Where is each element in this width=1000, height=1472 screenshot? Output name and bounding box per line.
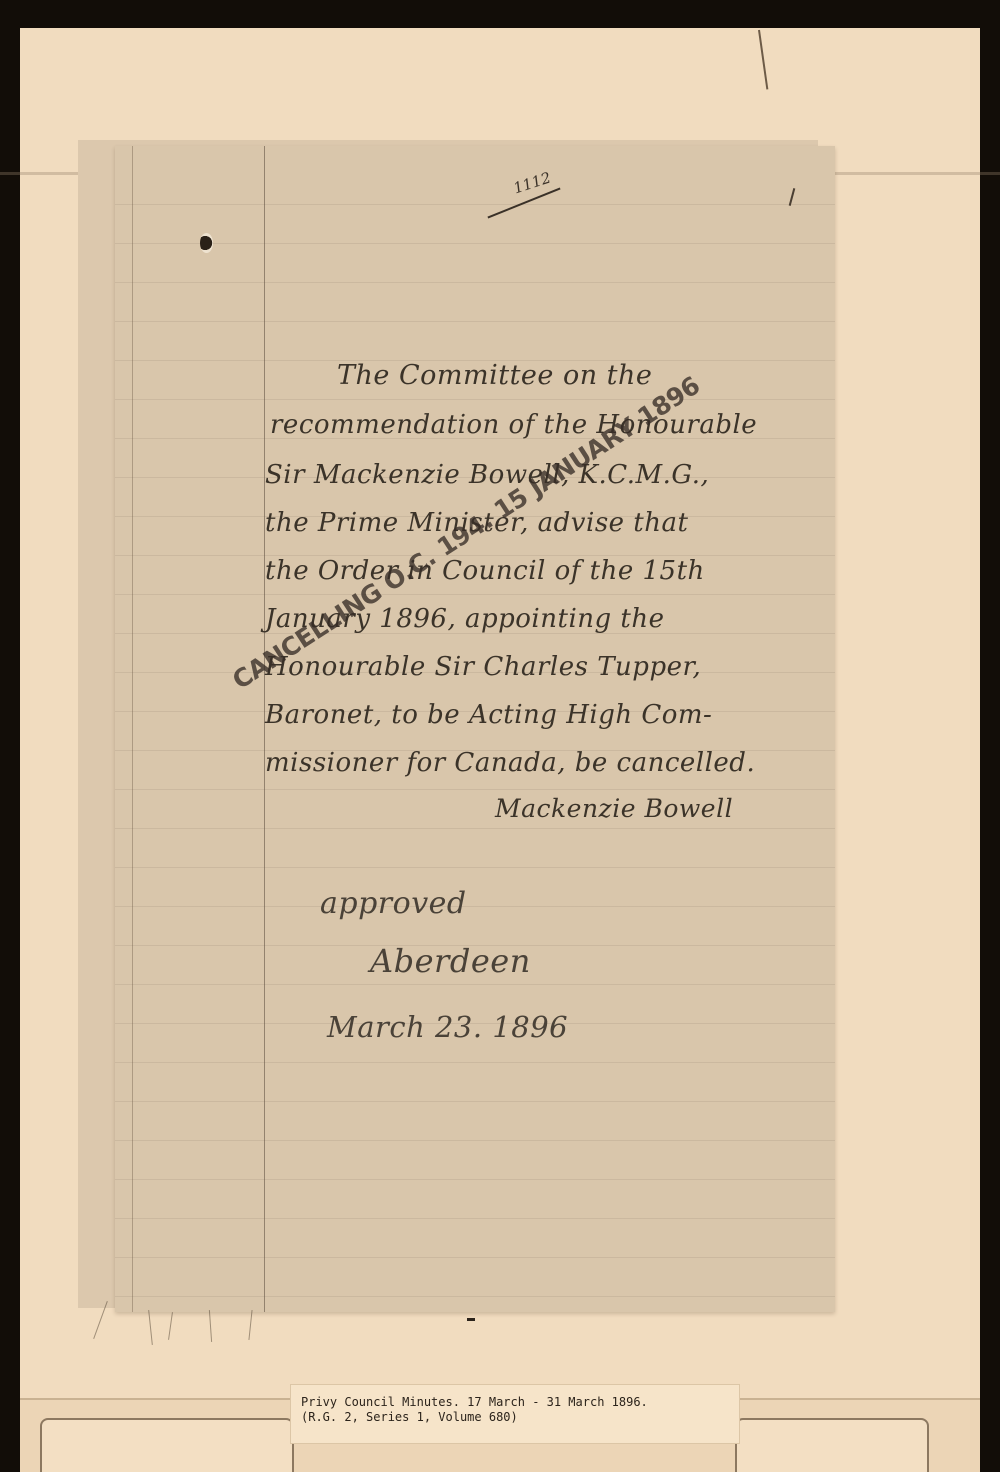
- punch-hole-icon: [200, 233, 213, 253]
- approval-date: March 23. 1896: [327, 1010, 568, 1044]
- sheet-edge-line: [132, 146, 133, 1312]
- body-line-5: the Order in Council of the 15th: [265, 556, 705, 586]
- document-sheet: 1112 The Committee on the recommendation…: [115, 146, 835, 1312]
- mount-tab-right: [735, 1418, 929, 1472]
- approval-signer: Aberdeen: [370, 942, 531, 980]
- body-line-9: missioner for Canada, be cancelled.: [265, 748, 755, 778]
- mount-tab-left: [40, 1418, 294, 1472]
- caption-line-1: Privy Council Minutes. 17 March - 31 Mar…: [301, 1395, 648, 1409]
- body-line-7: Honourable Sir Charles Tupper,: [265, 652, 701, 682]
- body-line-3: Sir Mackenzie Bowell, K.C.M.G.,: [265, 460, 709, 490]
- caption-line-2: (R.G. 2, Series 1, Volume 680): [301, 1410, 518, 1424]
- body-line-2: recommendation of the Honourable: [270, 410, 757, 440]
- approval-word: approved: [320, 886, 467, 921]
- signature: Mackenzie Bowell: [495, 794, 733, 823]
- dash-mark: [467, 1318, 475, 1321]
- caption-label: Privy Council Minutes. 17 March - 31 Mar…: [290, 1384, 740, 1444]
- body-line-8: Baronet, to be Acting High Com-: [265, 700, 712, 730]
- body-line-1: The Committee on the: [337, 360, 652, 391]
